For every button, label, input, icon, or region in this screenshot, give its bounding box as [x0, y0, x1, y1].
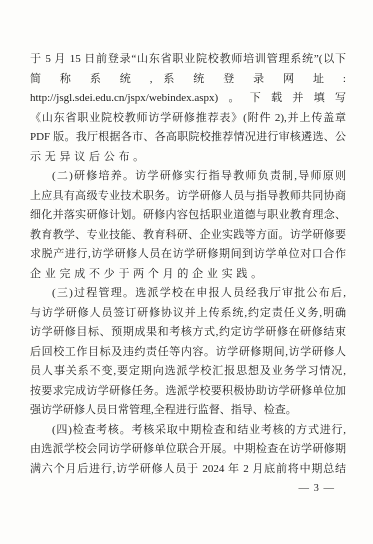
text-line: (二)研修培养。访学研修实行指导教师负责制,导师原则 — [30, 167, 346, 187]
text-line: 企业完成不少于两个月的企业实践。 — [30, 265, 346, 285]
text-line: 按要求完成访学研修任务。选派学校要积极协助访学研修单位加 — [30, 382, 346, 402]
page-number: — 3 — — [299, 483, 336, 494]
text-line: 强访学研修人员日常管理,全程进行监督、指导、检查。 — [30, 401, 346, 421]
text-line: 满六个月后进行,访学研修人员于 2024 年 2 月底前将中期总结 — [30, 460, 346, 480]
text-line: (三)过程管理。选派学校在申报人员经我厅审批公布后, — [30, 284, 346, 304]
document-page: 于 5 月 15 日前登录“山东省职业院校教师培训管理系统”(以下简 称 系 统… — [0, 0, 373, 544]
text-line: (四)检查考核。考核采取中期检查和结业考核的方式进行, — [30, 421, 346, 441]
text-line: 教育教学、专业技能、教育科研、企业实践等方面。访学研修要 — [30, 226, 346, 246]
text-line: 由选派学校会同访学研修单位联合开展。中期检查在访学研修期 — [30, 440, 346, 460]
text-line: 求脱产进行,访学研修人员在访学研修期间到访学单位对口合作 — [30, 245, 346, 265]
text-line: http://jsgl.sdei.edu.cn/jspx/webindex.as… — [30, 89, 346, 109]
text-line: 访学研修目标、预期成果和考核方式,约定访学研修在研修结束 — [30, 323, 346, 343]
text-line: 上应具有高级专业技术职务。访学研修人员与指导教师共同协商 — [30, 187, 346, 207]
document-body: 于 5 月 15 日前登录“山东省职业院校教师培训管理系统”(以下简 称 系 统… — [30, 50, 346, 479]
text-line: 与访学研修人员签订研修协议并上传系统,约定责任义务,明确 — [30, 304, 346, 324]
text-line: 简 称 系 统 , 系 统 登 录 网 址 : — [30, 70, 346, 90]
text-line: PDF 版。我厅根据各市、各高职院校推荐情况进行审核遴选、公 — [30, 128, 346, 148]
text-line: 员人事关系不变,要定期向选派学校汇报思想及业务学习情况, — [30, 362, 346, 382]
text-line: 后回校工作目标及违约责任等内容。访学研修期间,访学研修人 — [30, 343, 346, 363]
text-line: 《山东省职业院校教师访学研修推荐表》(附件 2),并上传盖章 — [30, 109, 346, 129]
text-line: 示无异议后公布。 — [30, 148, 346, 168]
text-line: 于 5 月 15 日前登录“山东省职业院校教师培训管理系统”(以下 — [30, 50, 346, 70]
text-line: 细化并落实研修计划。研修内容包括职业道德与职业教育理念、 — [30, 206, 346, 226]
